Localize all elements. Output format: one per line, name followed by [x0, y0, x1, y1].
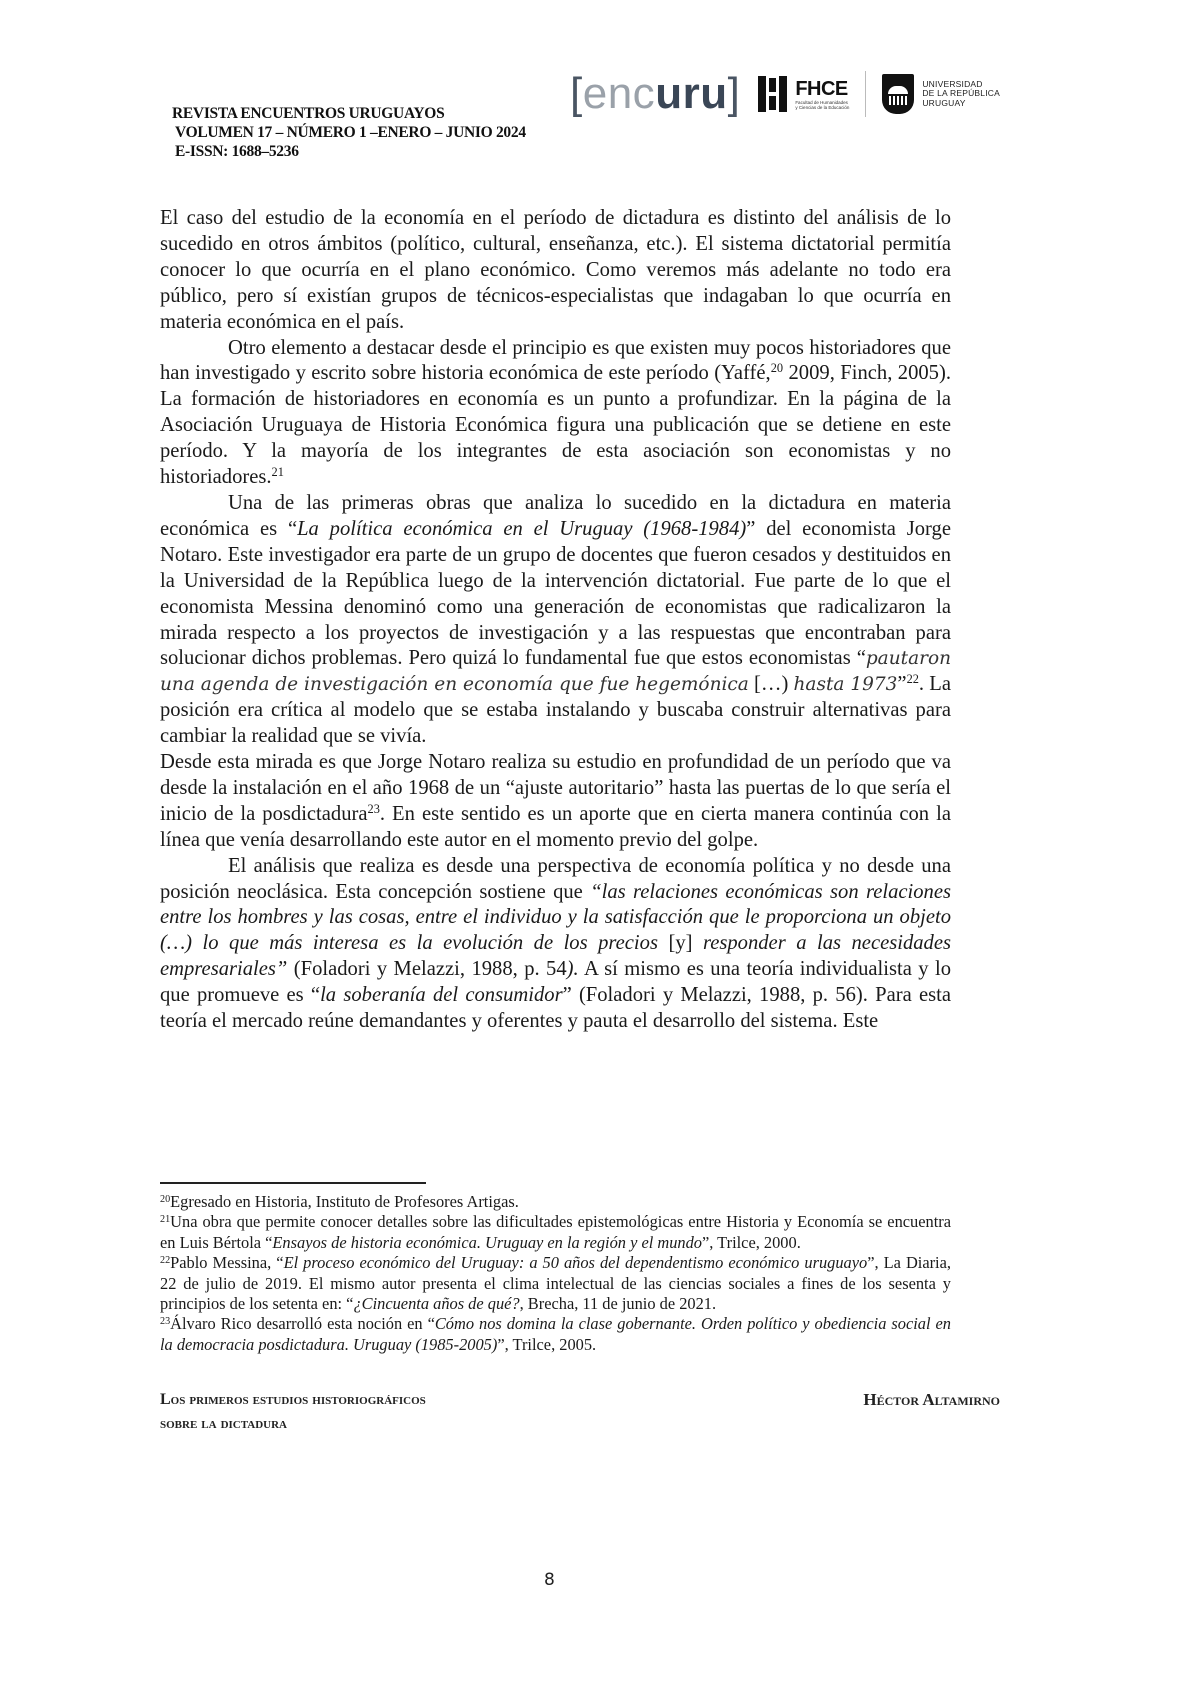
footnote-text: ”, Trilce, 2000.: [702, 1233, 801, 1252]
footnote-text: ”, Trilce, 2005.: [497, 1335, 596, 1354]
footnote-ref-21[interactable]: 21: [272, 465, 284, 479]
footnote-number: 20: [160, 1194, 170, 1205]
article-short-title: Los primeros estudios historiográficos s…: [160, 1388, 426, 1436]
footnote-text: , Brecha, 11 de junio de 2021.: [520, 1294, 717, 1313]
logo-divider: [865, 71, 866, 117]
article-body: El caso del estudio de la economía en el…: [160, 206, 951, 1035]
footnote-ref-22[interactable]: 22: [907, 673, 919, 687]
footnote-ref-23[interactable]: 23: [368, 802, 380, 816]
paragraph-5: El análisis que realiza es desde una per…: [160, 854, 951, 1035]
footnote-number: 23: [160, 1316, 170, 1327]
bracket-insert: [y]: [658, 932, 703, 954]
university-shield-icon: [882, 74, 914, 114]
footnote-number: 21: [160, 1214, 170, 1225]
running-footer: Los primeros estudios historiográficos s…: [160, 1388, 1000, 1438]
fhce-subtitle-2: y Ciencias de la Educación: [795, 105, 849, 110]
encuru-bracket-open: [: [570, 69, 583, 118]
short-title-line-1: Los primeros estudios historiográficos: [160, 1388, 426, 1412]
footnote-text: Pablo Messina, “: [170, 1253, 283, 1272]
quote-5: la soberanía del consumidor: [320, 984, 563, 1006]
paragraph-1: El caso del estudio de la economía en el…: [160, 206, 951, 336]
p3-text-b: ” del economista Jorge Notaro. Este inve…: [160, 518, 951, 670]
footnote-separator: [160, 1182, 426, 1184]
footnote-work-title: Ensayos de historia económica. Uruguay e…: [272, 1233, 702, 1252]
footnotes: 20Egresado en Historia, Instituto de Pro…: [160, 1192, 951, 1355]
footnote-22: 22Pablo Messina, “El proceso económico d…: [160, 1253, 951, 1314]
quote-2: hasta 1973: [794, 674, 898, 695]
short-title-line-2: sobre la dictadura: [160, 1412, 426, 1436]
paragraph-2: Otro elemento a destacar desde el princi…: [160, 336, 951, 491]
footnote-work-title: ¿Cincuenta años de qué?: [353, 1294, 519, 1313]
page-number: 8: [544, 1570, 555, 1590]
footnote-work-title: El proceso económico del Uruguay: a 50 a…: [284, 1253, 868, 1272]
encuru-uru: uru: [655, 69, 727, 118]
ellipsis: […): [749, 673, 794, 695]
p3-close-quote: ”: [897, 673, 906, 695]
footnote-21: 21Una obra que permite conocer detalles …: [160, 1212, 951, 1253]
udelar-line-3: URUGUAY: [922, 99, 1000, 109]
fhce-logo: FHCE Facultad de Humanidades y Ciencias …: [758, 74, 849, 114]
footnote-number: 22: [160, 1255, 170, 1266]
paragraph-3: Una de las primeras obras que analiza lo…: [160, 491, 951, 750]
footnote-20: 20Egresado en Historia, Instituto de Pro…: [160, 1192, 951, 1212]
citation-1: (Foladori y Melazzi, 1988, p. 54: [287, 958, 566, 980]
fhce-mark-icon: [758, 74, 787, 114]
author-name: Héctor Altamirno: [863, 1388, 1000, 1412]
footnote-23: 23Álvaro Rico desarrolló esta noción en …: [160, 1314, 951, 1355]
journal-info: REVISTA ENCUENTROS URUGUAYOS VOLUMEN 17 …: [172, 104, 526, 161]
citation-1-close: ).: [567, 958, 579, 980]
encuru-logo: [encuru]: [570, 72, 740, 116]
paragraph-4: Desde esta mirada es que Jorge Notaro re…: [160, 750, 951, 854]
page-header: REVISTA ENCUENTROS URUGUAYOS VOLUMEN 17 …: [0, 0, 1190, 180]
footnote-ref-20[interactable]: 20: [771, 362, 783, 376]
encuru-enc: enc: [583, 69, 655, 118]
fhce-name: FHCE: [795, 78, 849, 100]
journal-name: REVISTA ENCUENTROS URUGUAYOS: [172, 104, 526, 123]
footnote-text: Álvaro Rico desarrolló esta noción en “: [170, 1314, 435, 1333]
encuru-bracket-close: ]: [728, 69, 741, 118]
logo-strip: [encuru] FHCE Facultad de Humanidades y …: [570, 68, 1000, 120]
issn: E-ISSN: 1688–5236: [172, 142, 526, 161]
udelar-logo: UNIVERSIDAD DE LA REPÚBLICA URUGUAY: [882, 74, 1000, 114]
volume-issue: VOLUMEN 17 – NÚMERO 1 –ENERO – JUNIO 202…: [172, 123, 526, 142]
book-title: La política económica en el Uruguay (196…: [297, 518, 746, 540]
footnote-text: Egresado en Historia, Instituto de Profe…: [170, 1192, 519, 1211]
